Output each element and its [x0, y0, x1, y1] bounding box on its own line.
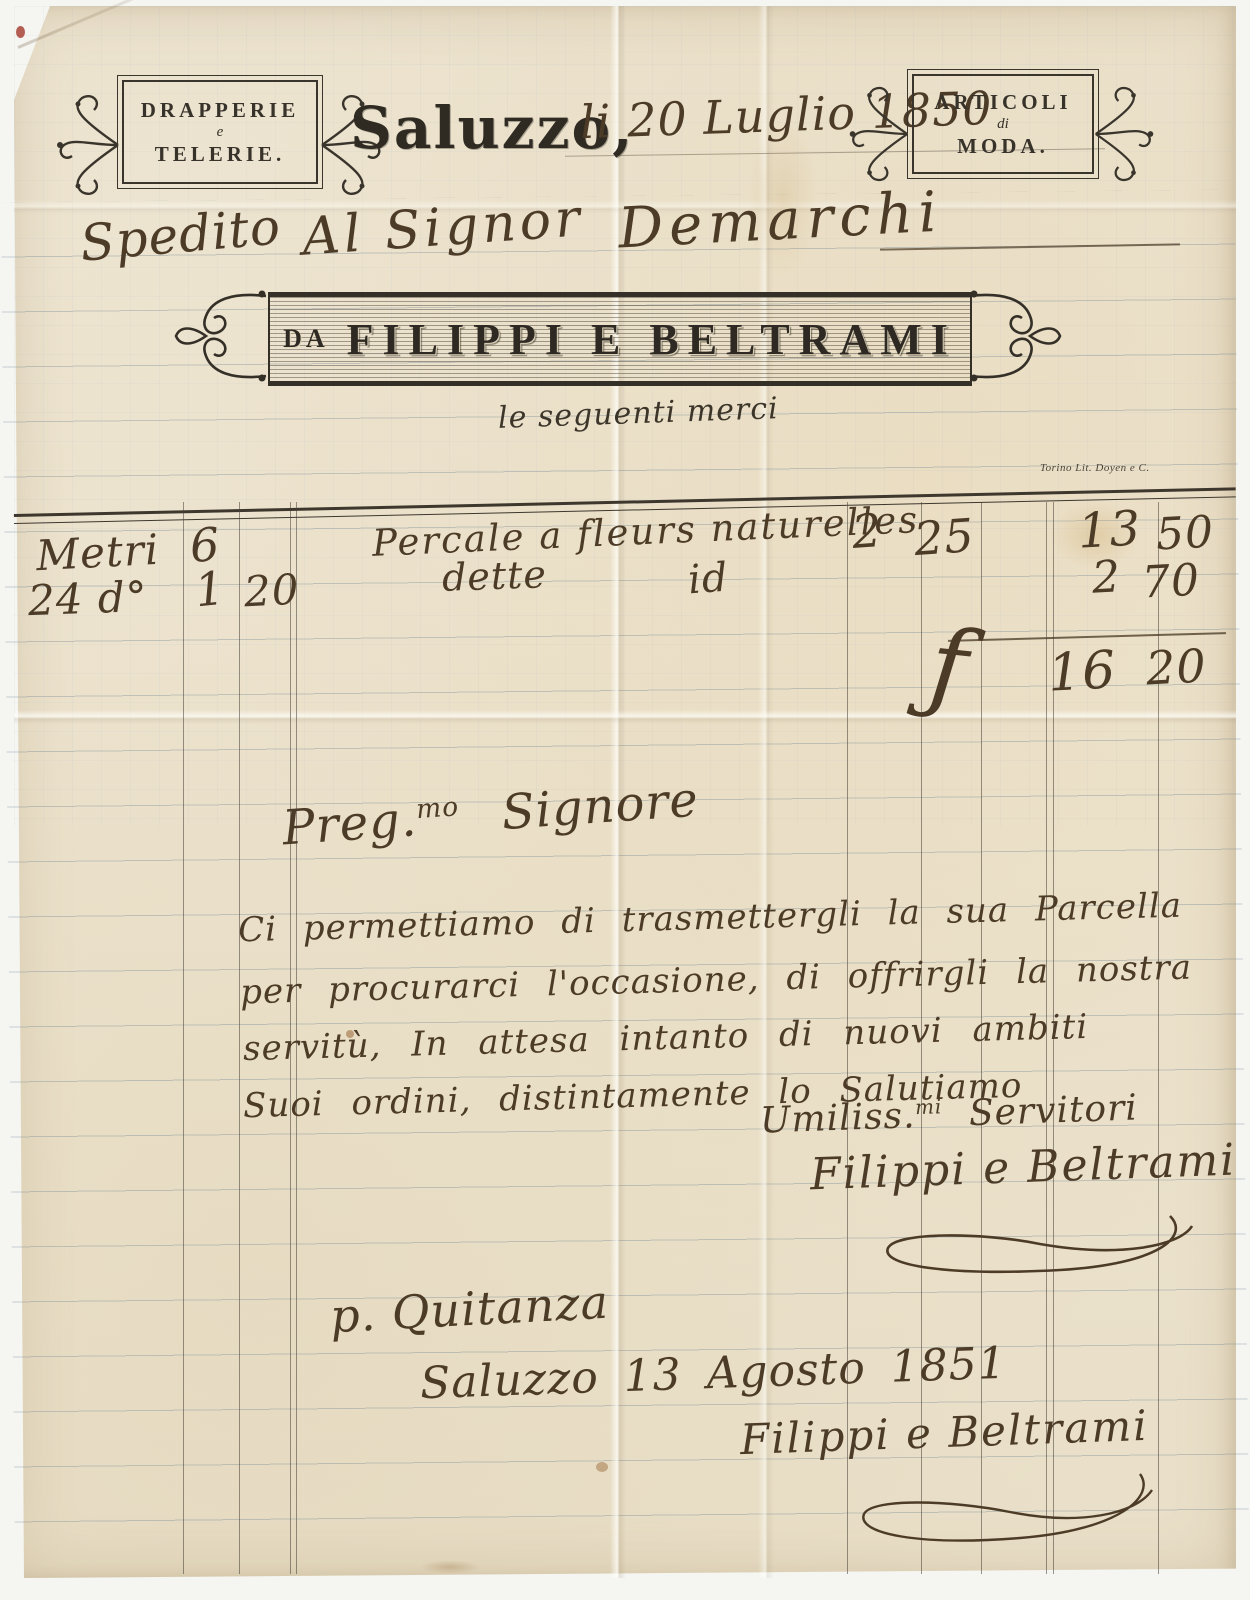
- total-lire: 16: [1046, 640, 1117, 703]
- right-box-line3: MODA.: [957, 134, 1049, 159]
- flourish-ornament-left: [52, 90, 122, 200]
- total-cent: 20: [1145, 638, 1208, 695]
- closing-superscript: mi: [915, 1095, 943, 1119]
- scanned-invoice-page: DRAPPERIE e TELERIE. Saluzzo, li 20 Lugl…: [0, 0, 1250, 1600]
- row2-description-id: id: [686, 555, 730, 604]
- row2-amount-cent: 70: [1141, 555, 1202, 609]
- row2-unit: 24 d°: [27, 572, 148, 625]
- printer-credit: Torino Lit. Doyen e C.: [1040, 462, 1150, 474]
- left-box-line2: e: [217, 124, 224, 141]
- receipt-signature-flourish: [820, 1460, 1160, 1570]
- signature-flourish: [840, 1196, 1200, 1296]
- banner-firm-name: FILIPPI E BELTRAMI: [347, 314, 957, 365]
- flourish-ornament-right: [1092, 82, 1158, 186]
- row2-qty-lire: 1: [192, 561, 228, 618]
- closing-main: Umiliss.: [759, 1095, 916, 1141]
- row1-amount-lire: 13: [1077, 500, 1143, 559]
- row2-amount-lire: 2: [1091, 551, 1123, 603]
- flourish-ornament-left: [845, 82, 911, 186]
- red-stain: [16, 26, 25, 38]
- foxing-spot: [420, 1560, 480, 1574]
- row2-description: dette: [441, 552, 547, 600]
- row2-qty-cent: 20: [243, 565, 301, 617]
- right-box-line1: ARTICOLI: [934, 90, 1071, 115]
- banner-flourish-right: [968, 286, 1064, 386]
- row1-price-cent: 25: [912, 508, 976, 566]
- left-letterhead-box: DRAPPERIE e TELERIE.: [122, 80, 318, 184]
- foxing-spot: [596, 1462, 608, 1472]
- row1-amount-cent: 50: [1155, 507, 1216, 561]
- right-box-line2: di: [997, 116, 1009, 133]
- left-box-line3: TELERIE.: [155, 142, 286, 167]
- table-column-line: [183, 502, 184, 1574]
- right-letterhead-box: ARTICOLI di MODA.: [912, 74, 1094, 174]
- row1-price-lire: 2: [850, 503, 884, 559]
- firm-banner: DA FILIPPI E BELTRAMI: [268, 292, 972, 386]
- closing-word: Servitori: [968, 1087, 1138, 1134]
- salutation-main: Preg.: [281, 791, 419, 856]
- banner-flourish-left: [172, 286, 268, 386]
- table-column-line: [239, 502, 240, 1574]
- left-box-line1: DRAPPERIE: [141, 98, 300, 123]
- salutation-superscript: mo: [415, 791, 460, 825]
- banner-prefix: DA: [283, 324, 329, 354]
